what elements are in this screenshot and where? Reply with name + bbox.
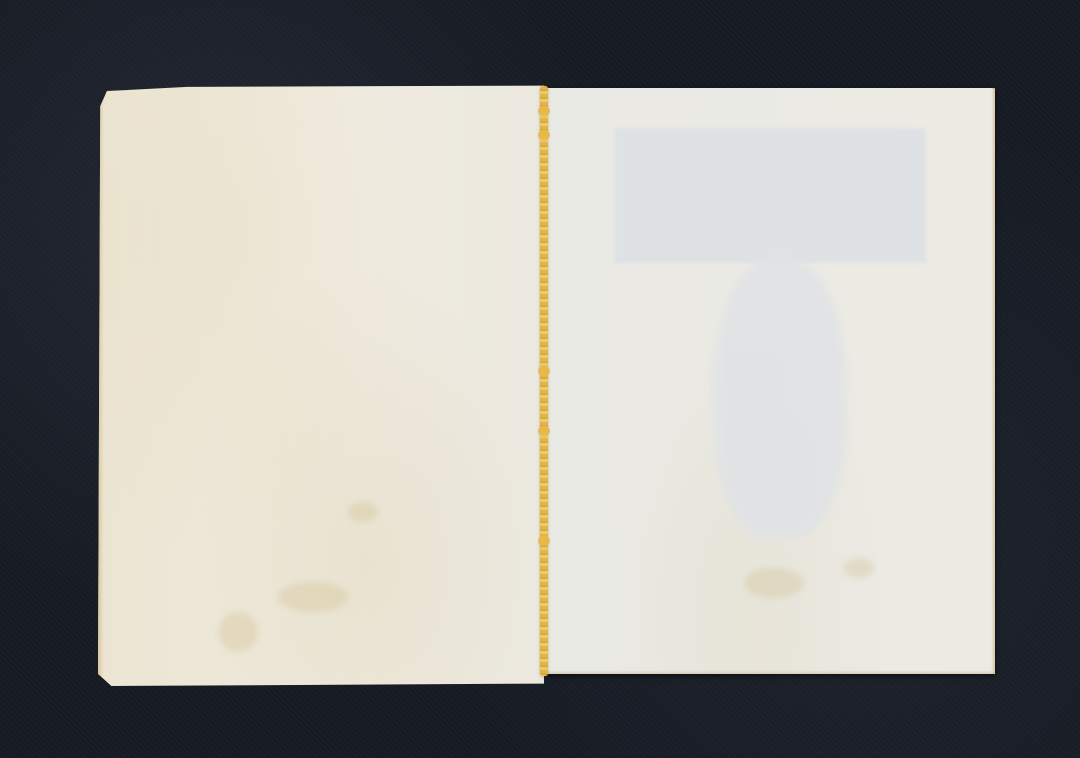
binding-knot xyxy=(538,106,550,116)
right-page xyxy=(544,88,995,674)
left-page-edge xyxy=(98,82,104,686)
right-page-bottom-edge xyxy=(544,670,995,674)
dark-fabric-background xyxy=(0,0,1080,758)
stain xyxy=(218,612,258,652)
stitched-binding xyxy=(540,86,548,676)
binding-knot xyxy=(538,426,550,436)
binding-knot xyxy=(538,130,550,140)
left-page xyxy=(98,82,544,686)
stain xyxy=(278,582,348,612)
stain xyxy=(744,568,804,598)
ghost-image-bar xyxy=(614,128,926,263)
binding-knot xyxy=(538,366,550,376)
ghost-image-stem xyxy=(714,258,846,538)
stain xyxy=(844,558,874,578)
binding-knot xyxy=(538,536,550,546)
stain xyxy=(348,502,378,522)
right-page-right-edge xyxy=(991,88,995,674)
